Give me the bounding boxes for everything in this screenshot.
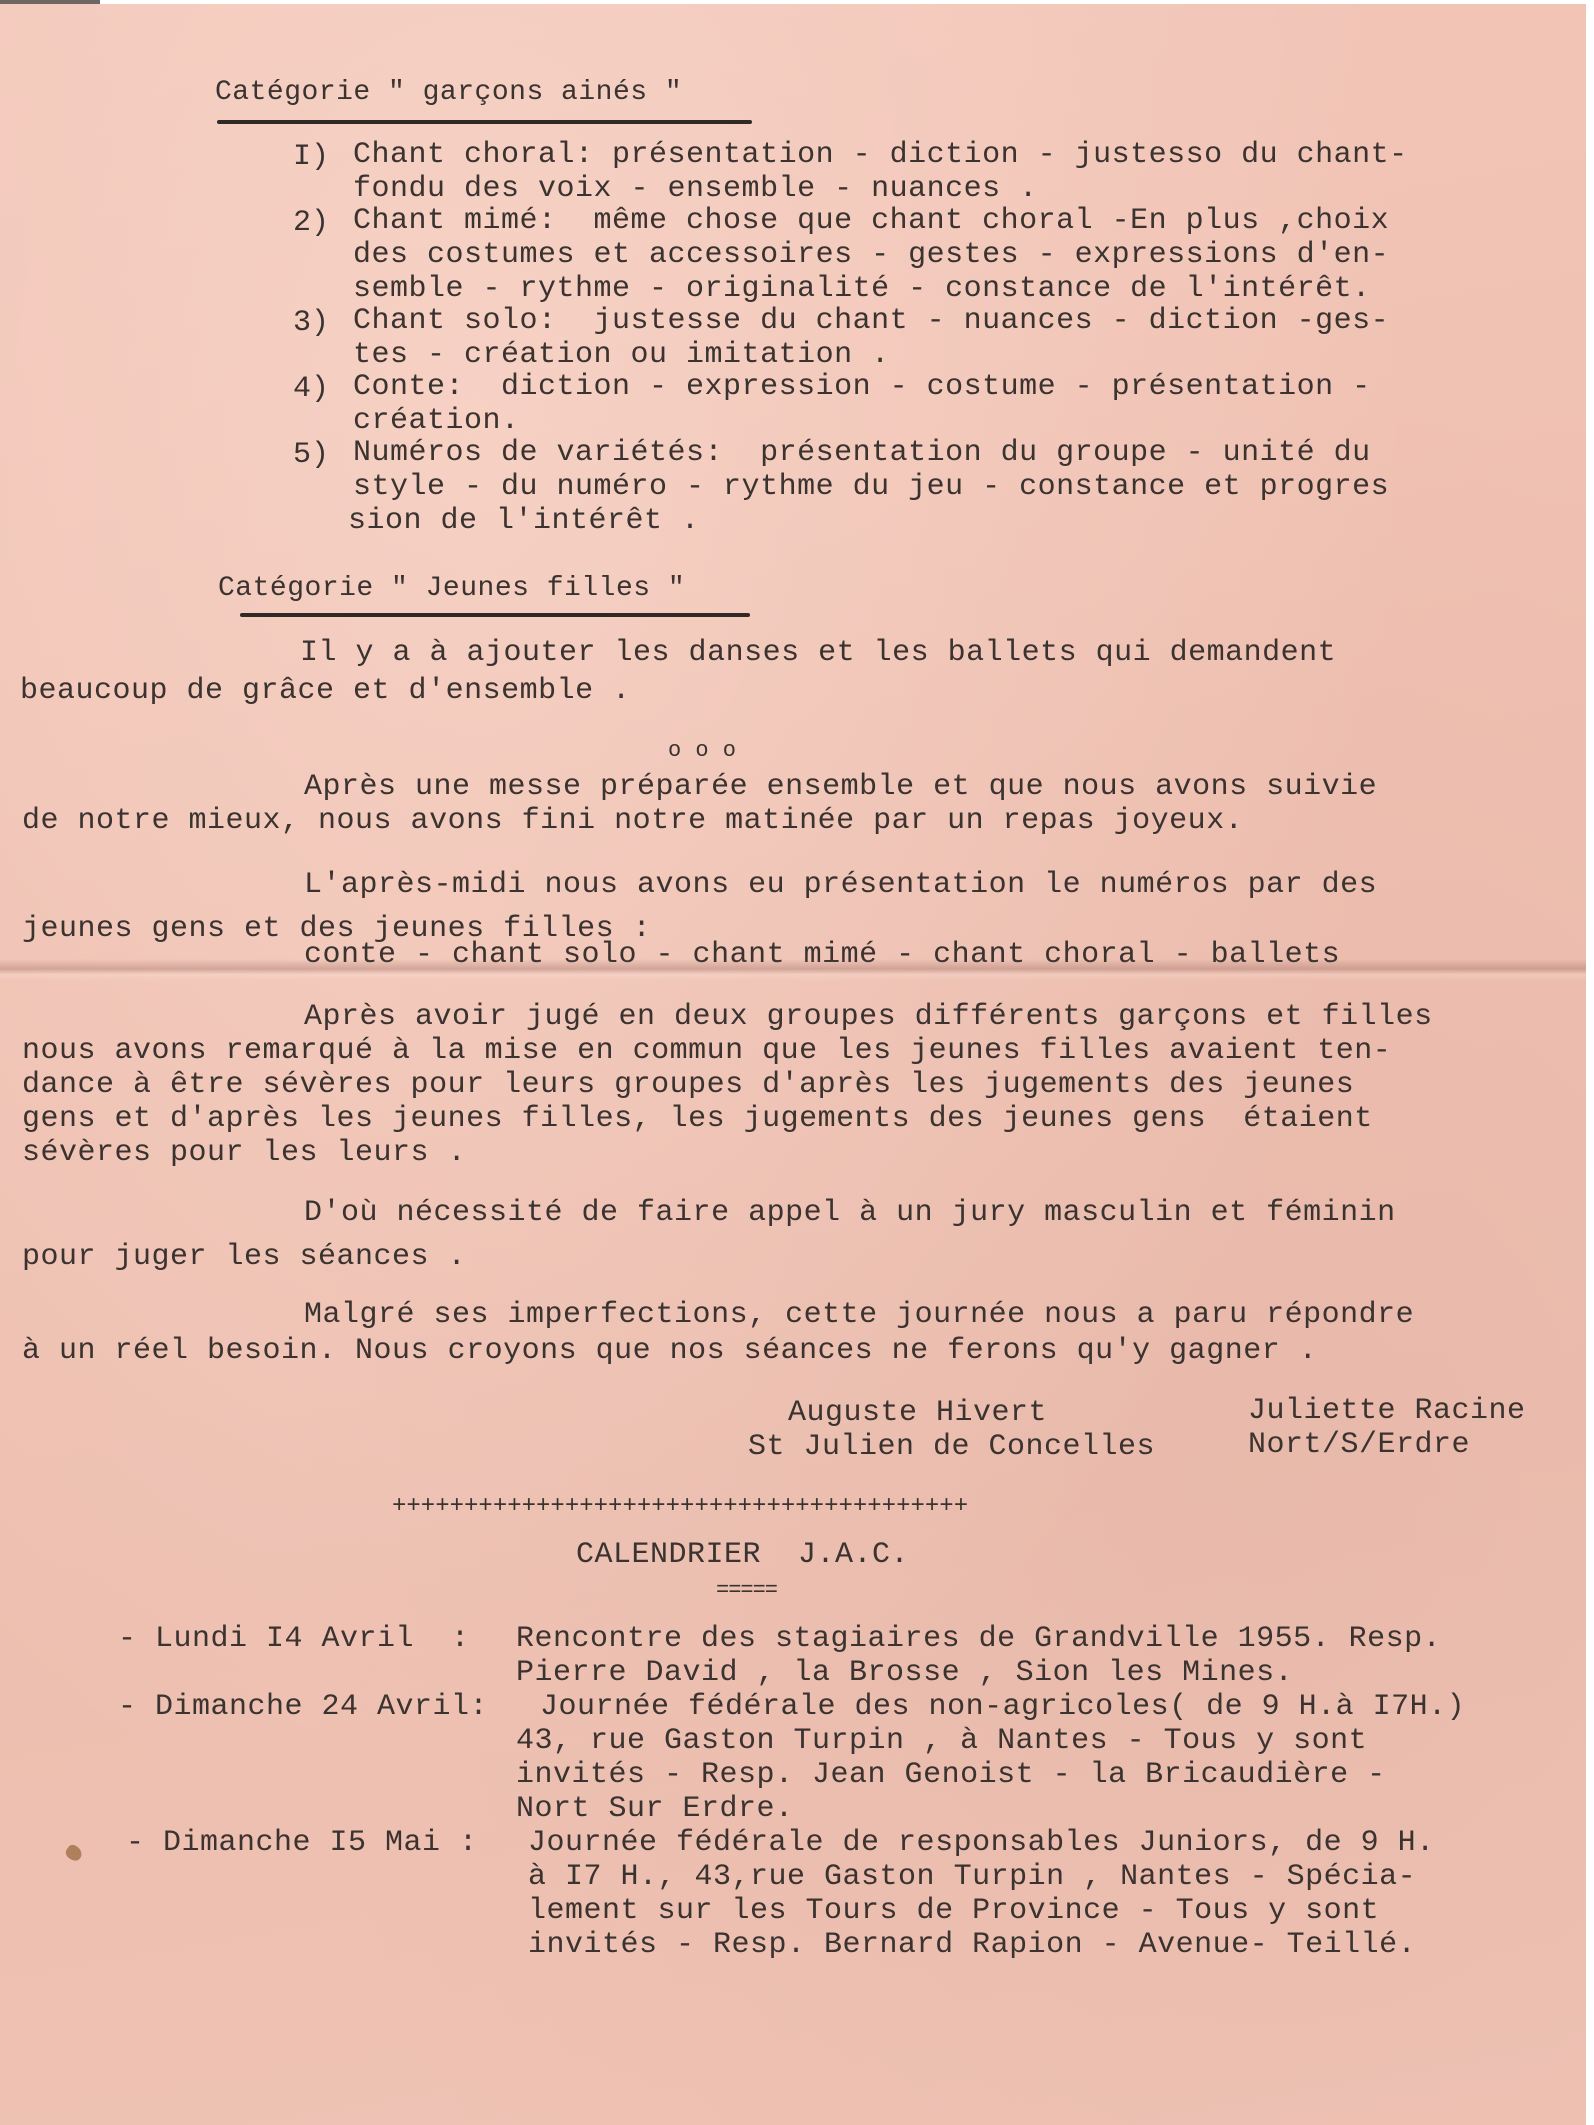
signature-place: St Julien de Concelles — [748, 1430, 1155, 1464]
typewritten-page: Catégorie " garçons ainés " I) Chant cho… — [0, 4, 1586, 2125]
event-line: lement sur les Tours de Province - Tous … — [528, 1894, 1379, 1928]
paper-fold-crease — [0, 959, 1586, 981]
event-line: Rencontre des stagiaires de Grandville 1… — [516, 1622, 1441, 1656]
item-number: 3) — [293, 306, 329, 340]
event-line: invités - Resp. Jean Genoist - la Bricau… — [516, 1758, 1386, 1792]
item-line: des costumes et accessoires - gestes - e… — [353, 238, 1389, 272]
paragraph-line: Après avoir jugé en deux groupes différe… — [304, 1000, 1433, 1034]
event-date: - Dimanche 24 Avril: — [118, 1690, 488, 1724]
signature-name: Auguste Hivert — [788, 1396, 1047, 1430]
ink-stain — [63, 1843, 84, 1864]
item-number: 4) — [293, 372, 329, 406]
paragraph-line: nous avons remarqué à la mise en commun … — [22, 1034, 1391, 1068]
calendar-title: CALENDRIER J.A.C. — [576, 1538, 909, 1572]
item-line: style - du numéro - rythme du jeu - cons… — [353, 470, 1389, 504]
paragraph-line: Malgré ses imperfections, cette journée … — [304, 1298, 1414, 1332]
plus-divider: ++++++++++++++++++++++++++++++++++++++++ — [392, 1490, 968, 1524]
paragraph-line: de notre mieux, nous avons fini notre ma… — [22, 804, 1243, 838]
event-line: 43, rue Gaston Turpin , à Nantes - Tous … — [516, 1724, 1367, 1758]
item-line: sion de l'intérêt . — [348, 504, 700, 538]
paragraph-line: pour juger les séances . — [22, 1240, 466, 1274]
paragraph-line: beaucoup de grâce et d'ensemble . — [20, 674, 631, 708]
item-line: Numéros de variétés: présentation du gro… — [353, 436, 1371, 470]
paragraph-line: gens et d'après les jeunes filles, les j… — [22, 1102, 1373, 1136]
paragraph-line: L'après-midi nous avons eu présentation … — [304, 868, 1377, 902]
item-line: Chant choral: présentation - diction - j… — [353, 138, 1408, 172]
item-line: Chant mimé: même chose que chant choral … — [353, 204, 1389, 238]
item-number: I) — [293, 140, 329, 174]
event-date: - Lundi I4 Avril : — [118, 1622, 470, 1656]
separator-dots: o o o — [668, 734, 737, 768]
calendar-title-underline: ===== — [716, 1574, 777, 1608]
event-line: Journée fédérale des non-agricoles( de 9… — [540, 1690, 1465, 1724]
item-line: création. — [353, 404, 520, 438]
item-number: 2) — [293, 206, 329, 240]
paragraph-line: dance à être sévères pour leurs groupes … — [22, 1068, 1354, 1102]
event-line: Pierre David , la Brosse , Sion les Mine… — [516, 1656, 1293, 1690]
item-line: fondu des voix - ensemble - nuances . — [353, 172, 1038, 206]
item-line: semble - rythme - originalité - constanc… — [353, 272, 1371, 306]
paragraph-line: à un réel besoin. Nous croyons que nos s… — [22, 1334, 1317, 1368]
item-number: 5) — [293, 438, 329, 472]
heading-underline — [217, 120, 752, 124]
event-date: - Dimanche I5 Mai : — [126, 1826, 478, 1860]
heading-garcons: Catégorie " garçons ainés " — [215, 76, 682, 110]
signature-name: Juliette Racine — [1248, 1394, 1526, 1428]
item-line: Chant solo: justesse du chant - nuances … — [353, 304, 1389, 338]
event-line: à I7 H., 43,rue Gaston Turpin , Nantes -… — [528, 1860, 1416, 1894]
item-line: tes - création ou imitation . — [353, 338, 890, 372]
paragraph-line: D'où nécessité de faire appel à un jury … — [304, 1196, 1396, 1230]
signature-place: Nort/S/Erdre — [1248, 1428, 1470, 1462]
paragraph-line: Il y a à ajouter les danses et les balle… — [300, 636, 1336, 670]
event-line: invités - Resp. Bernard Rapion - Avenue-… — [528, 1928, 1416, 1962]
paragraph-line: Après une messe préparée ensemble et que… — [304, 770, 1377, 804]
heading-underline — [240, 613, 750, 617]
event-line: Journée fédérale de responsables Juniors… — [528, 1826, 1435, 1860]
event-line: Nort Sur Erdre. — [516, 1792, 794, 1826]
item-line: Conte: diction - expression - costume - … — [353, 370, 1371, 404]
heading-filles: Catégorie " Jeunes filles " — [218, 572, 685, 606]
paragraph-line: sévères pour les leurs . — [22, 1136, 466, 1170]
